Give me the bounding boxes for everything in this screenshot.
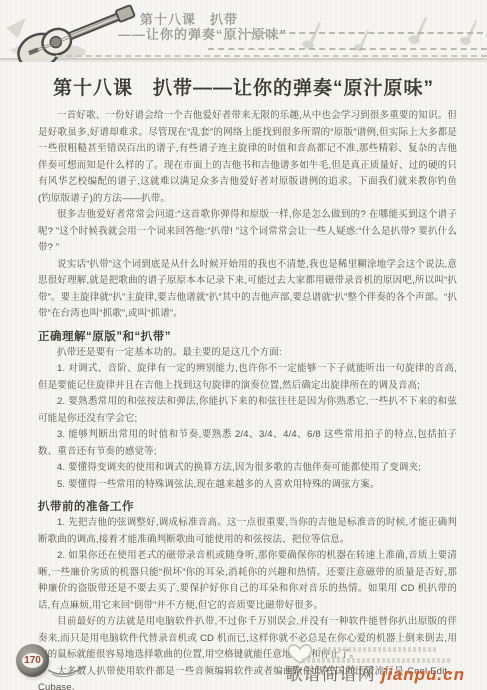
running-head-subtitle: ——让你的弹奏“原汁原味” bbox=[118, 27, 287, 42]
book-page: 第十八课 扒带 ——让你的弹奏“原汁原味” 第十八课 扒带——让你的弹奏“原汁原… bbox=[0, 0, 487, 690]
watermark: 歌谱简谱网 jianpu.cn bbox=[286, 660, 465, 685]
guitar-silhouette-icon bbox=[406, 14, 428, 46]
watermark-site-name: 歌谱简谱网 bbox=[286, 665, 376, 684]
section-heading-understanding: 正确理解“原版”和“扒带” bbox=[38, 328, 457, 344]
header-dashed-rule bbox=[56, 55, 487, 57]
numbered-item: 2. 如果你还在使用老式的磁带录音机或随身听,那你要确保你的机器在转速上准确,音… bbox=[38, 548, 457, 614]
numbered-item: 1. 对调式、音阶、旋律有一定的辨别能力,也许你不一定能够一下子就能听出一句旋律… bbox=[38, 361, 457, 394]
numbered-item: 5. 要懂得一些常用的特殊调弦法,现在越来越多的人喜欢用特殊的调弦方案。 bbox=[38, 477, 457, 494]
header-dashed-rule bbox=[208, 48, 487, 50]
numbered-item: 3. 能够判断出常用的时值和节奏,要熟悉 2/4、3/4、4/4、6/8 这些常… bbox=[38, 427, 457, 460]
body-text: 一首好歌、一份好谱会给一个吉他爱好者带来无限的乐趣,从中也会学习到很多重要的知识… bbox=[0, 105, 487, 690]
section-paragraph: 扒带还是要有一定基本功的。最主要的是这几个方面: bbox=[38, 345, 457, 362]
guitar-silhouette-icon bbox=[352, 28, 370, 52]
intro-paragraph: 说实话“扒带”这个词到底是从什么时候开始用的我也不清楚,我也是稀里糊涂地学会这个… bbox=[38, 257, 457, 323]
page-number: 170 bbox=[22, 653, 43, 668]
section-heading-preparation: 扒带前的准备工作 bbox=[38, 498, 457, 514]
badge-tail-swoosh-icon bbox=[46, 662, 88, 682]
lesson-title: 第十八课 扒带——让你的弹奏“原汁原味” bbox=[26, 73, 461, 100]
section-paragraph: 目前最好的方法就是用电脑软件扒带,不过你千万别误会,并没有一种软件能替你扒出原版… bbox=[38, 614, 457, 664]
guitar-silhouette-icon bbox=[458, 18, 478, 46]
intro-paragraph: 很多吉他爱好者常常会问道:“这首歌你弹得和原版一样,你是怎么做到的? 在哪能买到… bbox=[38, 207, 457, 257]
running-head: 第十八课 扒带 ——让你的弹奏“原汁原味” bbox=[118, 12, 287, 42]
publisher-fine-print bbox=[318, 647, 436, 652]
page-header: 第十八课 扒带 ——让你的弹奏“原汁原味” bbox=[0, 0, 487, 60]
numbered-item: 1. 先把吉他的弦调整好,调成标准音高。这一点很重要,当你的吉他是标准音的时候,… bbox=[38, 515, 457, 548]
numbered-item: 2. 要熟悉常用的和弦按法和弹法,你能扒下来的和弦往往是因为你熟悉它,一些扒不下… bbox=[38, 394, 457, 427]
watermark-url: jianpu.cn bbox=[381, 665, 465, 684]
page-number-badge: 170 bbox=[16, 644, 49, 677]
numbered-item: 4. 要懂得变调夹的使用和调式的换算方法,因为很多歌的吉他伴奏可能都使用了变调夹… bbox=[38, 460, 457, 477]
running-head-lesson: 第十八课 扒带 bbox=[118, 12, 287, 27]
guitar-silhouette-icon bbox=[300, 20, 322, 50]
intro-paragraph: 一首好歌、一份好谱会给一个吉他爱好者带来无限的乐趣,从中也会学习到很多重要的知识… bbox=[38, 108, 457, 207]
